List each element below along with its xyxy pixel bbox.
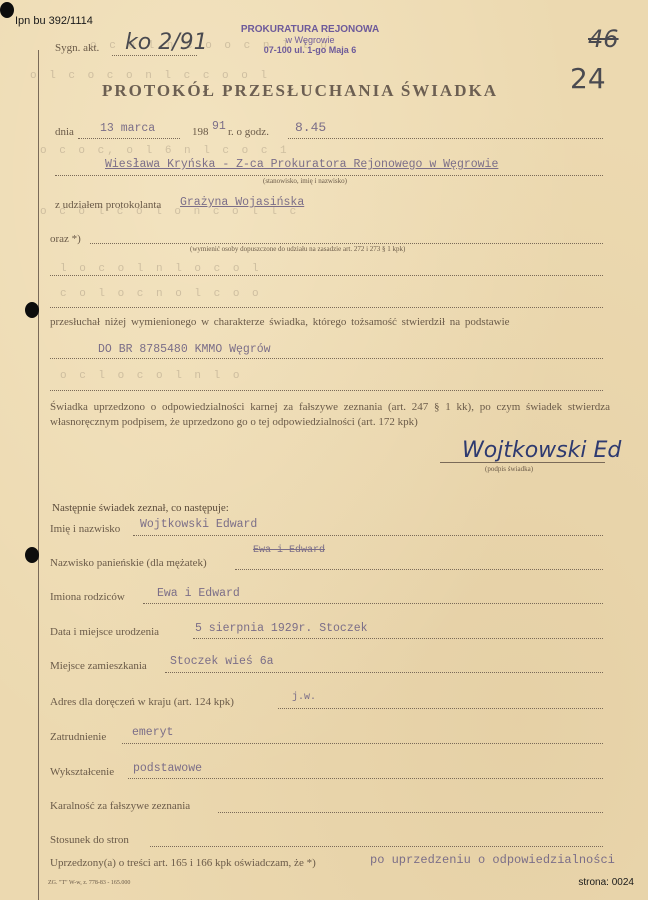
archive-reference: Ipn bu 392/1114 [15, 15, 93, 27]
field-label-parents: Imiona rodziców [50, 591, 125, 603]
case-number-line [112, 55, 197, 56]
stamp-line-1: PROKURATURA REJONOWA [225, 24, 395, 35]
field-line-maiden-name [235, 569, 603, 570]
signature-caption: (podpis świadka) [485, 465, 533, 473]
field-label-education: Wykształcenie [50, 766, 114, 778]
bleed-through-text: c o l o c n o l c o o [60, 288, 262, 300]
identity-line [50, 358, 603, 359]
interrogator-caption: (stanowisko, imię i nazwisko) [263, 177, 347, 185]
case-number-label: Sygn. akt. [55, 42, 99, 54]
interrogator-value: Wiesława Kryńska - Z-ca Prokuratora Rejo… [105, 158, 498, 171]
field-line-name [133, 535, 603, 536]
folio-number: 24 [570, 62, 606, 95]
field-label-name: Imię i nazwisko [50, 523, 120, 535]
field-value-name: Wojtkowski Edward [140, 518, 257, 531]
field-line-birth [193, 638, 603, 639]
others-line-2 [50, 275, 603, 276]
time-line [288, 138, 603, 139]
others-caption: (wymienić osoby dopuszczone do udziału n… [190, 245, 405, 253]
field-label-delivery-address: Adres dla doręczeń w kraju (art. 124 kpk… [50, 696, 234, 708]
identity-statement: przesłuchał niżej wymienionego w charakt… [50, 315, 610, 330]
document-title: PROTOKÓŁ PRZESŁUCHANIA ŚWIADKA [102, 81, 498, 101]
day-line [78, 138, 180, 139]
field-line-parents [143, 603, 603, 604]
year-value: 91 [212, 120, 226, 133]
day-label: dnia [55, 126, 74, 138]
field-line-relation [150, 846, 603, 847]
clerk-value: Grażyna Wojasińska [180, 196, 304, 209]
testimony-intro: Następnie świadek zeznał, co następuje: [52, 502, 229, 514]
bleed-through-text: l o c o l n l o c o l [60, 263, 262, 275]
case-number: ko 2/91 [125, 30, 208, 55]
final-statement-label: Uprzedzony(a) o treści art. 165 i 166 kp… [50, 857, 316, 869]
field-line-education [128, 778, 603, 779]
field-line-employment [122, 743, 603, 744]
field-label-perjury-record: Karalność za fałszywe zeznania [50, 800, 190, 812]
folio-number-crossed: 46 [588, 25, 619, 53]
witness-signature: Wojtkowski Ed [462, 438, 621, 463]
field-label-birth: Data i miejsce urodzenia [50, 626, 159, 638]
year-prefix: 198 [192, 126, 209, 138]
time-label: r. o godz. [228, 126, 269, 138]
field-value-maiden-name: Ewa i Edward [253, 545, 325, 556]
punch-hole-lower [25, 547, 39, 563]
others-line-3 [50, 307, 603, 308]
field-label-employment: Zatrudnienie [50, 731, 106, 743]
field-value-birth: 5 sierpnia 1929r. Stoczek [195, 622, 368, 635]
stamp-line-2: w Węgrowie [225, 35, 395, 45]
identity-line-2 [50, 390, 603, 391]
time-value: 8.45 [295, 120, 326, 135]
others-line [90, 243, 603, 244]
field-value-delivery-address: j.w. [292, 692, 316, 703]
final-statement-value: po uprzedzeniu o odpowiedzialności [370, 853, 615, 867]
margin-line [38, 50, 39, 900]
identity-document: DO BR 8785480 KMMO Węgrów [98, 343, 271, 356]
interrogator-line [55, 175, 603, 176]
field-line-delivery-address [278, 708, 603, 709]
print-code: ZG. "T" W-w, z. 778-83 - 165.000 [48, 880, 130, 886]
field-value-residence: Stoczek wieś 6a [170, 655, 274, 668]
criminal-liability-warning: Świadka uprzedzono o odpowiedzialności k… [50, 400, 610, 430]
punch-hole-middle [25, 302, 39, 318]
field-line-residence [165, 672, 603, 673]
field-value-parents: Ewa i Edward [157, 587, 240, 600]
field-label-maiden-name: Nazwisko panieńskie (dla mężatek) [50, 557, 207, 569]
field-value-education: podstawowe [133, 762, 202, 775]
page-number: strona: 0024 [578, 877, 634, 888]
field-line-perjury-record [218, 812, 603, 813]
prosecutor-stamp: PROKURATURA REJONOWA w Węgrowie 07-100 u… [225, 24, 395, 55]
field-label-residence: Miejsce zamieszkania [50, 660, 147, 672]
field-value-employment: emeryt [132, 726, 173, 739]
bleed-through-text: o c o c, o l 6 n l c o c 1 [40, 145, 290, 157]
others-label: oraz *) [50, 233, 81, 245]
stamp-line-3: 07-100 ul. 1-go Maja 6 [225, 45, 395, 55]
signature-line [440, 462, 605, 463]
bleed-through-text: o c l o c o l n l o [60, 370, 242, 382]
field-label-relation: Stosunek do stron [50, 834, 129, 846]
punch-hole-top [0, 2, 14, 18]
clerk-label: z udziałem protokolanta [55, 199, 161, 211]
day-value: 13 marca [100, 122, 155, 135]
